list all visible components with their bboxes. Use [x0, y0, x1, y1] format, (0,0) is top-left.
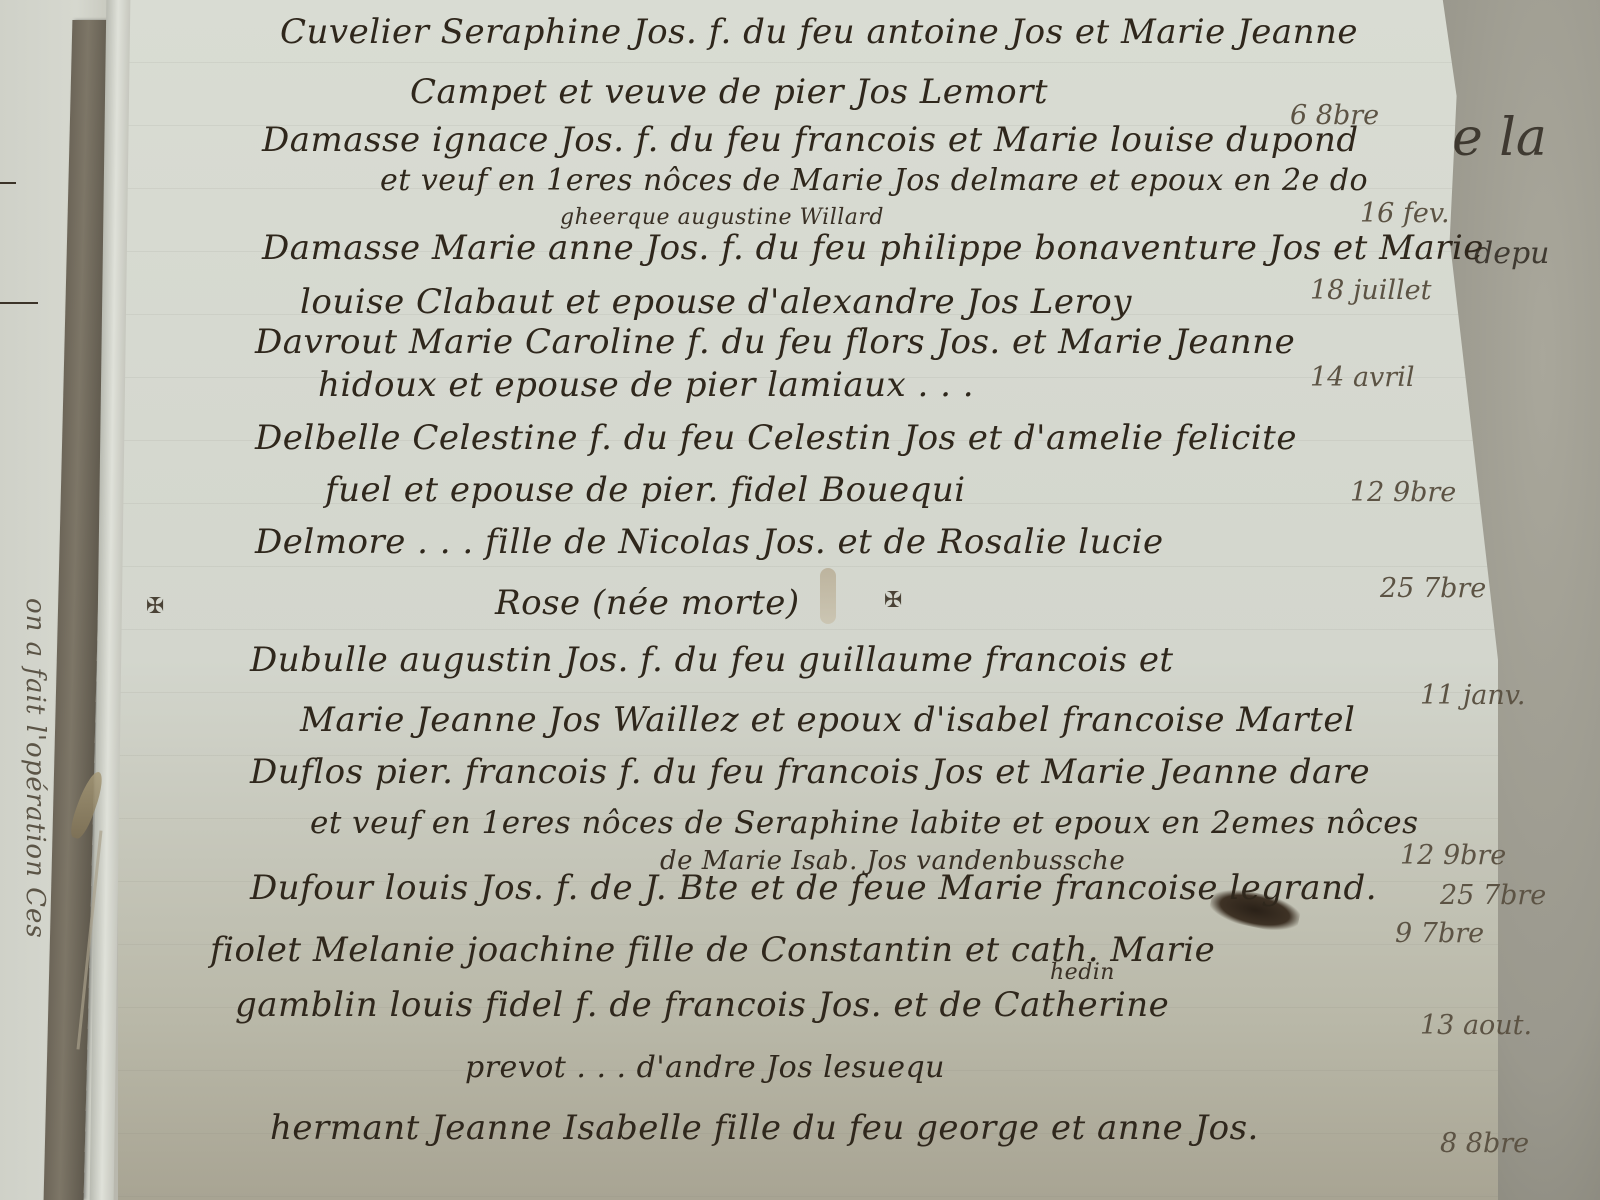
entry-date: 12 9bre	[1400, 840, 1506, 871]
entry-line: Cuvelier Seraphine Jos. f. du feu antoin…	[280, 12, 1358, 52]
cover-text: depu	[1474, 236, 1549, 271]
entry-date: 8 8bre	[1440, 1128, 1529, 1159]
entry-line: Damasse ignace Jos. f. du feu francois e…	[262, 120, 1359, 160]
entry-line: gamblin louis fidel f. de francois Jos. …	[235, 985, 1169, 1025]
entry-line: Duflos pier. francois f. du feu francois…	[250, 752, 1370, 792]
entry-date: 25 7bre	[1440, 880, 1546, 911]
cover-text: e la	[1452, 108, 1547, 168]
entry-line: hidoux et epouse de pier lamiaux . . .	[318, 365, 974, 405]
entry-insert: hedin	[1050, 960, 1115, 985]
margin-vertical-note: on a fait l'opération Ces	[20, 598, 50, 939]
entry-line: fuel et epouse de pier. fidel Bouequi	[325, 470, 966, 510]
cross-icon: ✠	[146, 596, 164, 618]
entry-line: et veuf en 1eres nôces de Seraphine labi…	[310, 805, 1419, 841]
entry-date: 16 fev.	[1360, 198, 1450, 229]
ink-mark	[0, 182, 16, 184]
entry-line: prevot . . . d'andre Jos lesuequ	[465, 1050, 945, 1085]
entry-line: Damasse Marie anne Jos. f. du feu philip…	[262, 228, 1484, 268]
entry-line: Davrout Marie Caroline f. du feu flors J…	[255, 322, 1295, 362]
entry-line: Dufour louis Jos. f. de J. Bte et de feu…	[250, 868, 1377, 908]
entry-insert: gheerque augustine Willard	[560, 205, 884, 230]
entry-date: 25 7bre	[1380, 573, 1486, 604]
entry-line: Campet et veuve de pier Jos Lemort	[410, 72, 1048, 112]
cross-icon: ✠	[884, 590, 902, 612]
entry-line: hermant Jeanne Isabelle fille du feu geo…	[270, 1108, 1259, 1148]
entry-date: 12 9bre	[1350, 477, 1456, 508]
entry-date: 11 janv.	[1420, 680, 1525, 711]
paper-stain	[820, 568, 836, 624]
entry-line: Dubulle augustin Jos. f. du feu guillaum…	[250, 640, 1174, 680]
entry-date: 14 avril	[1310, 362, 1414, 393]
entry-line: louise Clabaut et epouse d'alexandre Jos…	[300, 282, 1132, 322]
entry-line: Marie Jeanne Jos Waillez et epoux d'isab…	[300, 700, 1355, 740]
entry-date: 13 aout.	[1420, 1010, 1532, 1041]
entry-line: Delmore . . . fille de Nicolas Jos. et d…	[255, 522, 1164, 562]
ink-mark	[0, 302, 38, 304]
entry-date: 9 7bre	[1395, 918, 1484, 949]
entry-line: Delbelle Celestine f. du feu Celestin Jo…	[255, 418, 1297, 458]
entry-date: 18 juillet	[1310, 275, 1431, 306]
entry-line: et veuf en 1eres nôces de Marie Jos delm…	[380, 163, 1368, 198]
entry-line: Rose (née morte)	[495, 583, 800, 623]
